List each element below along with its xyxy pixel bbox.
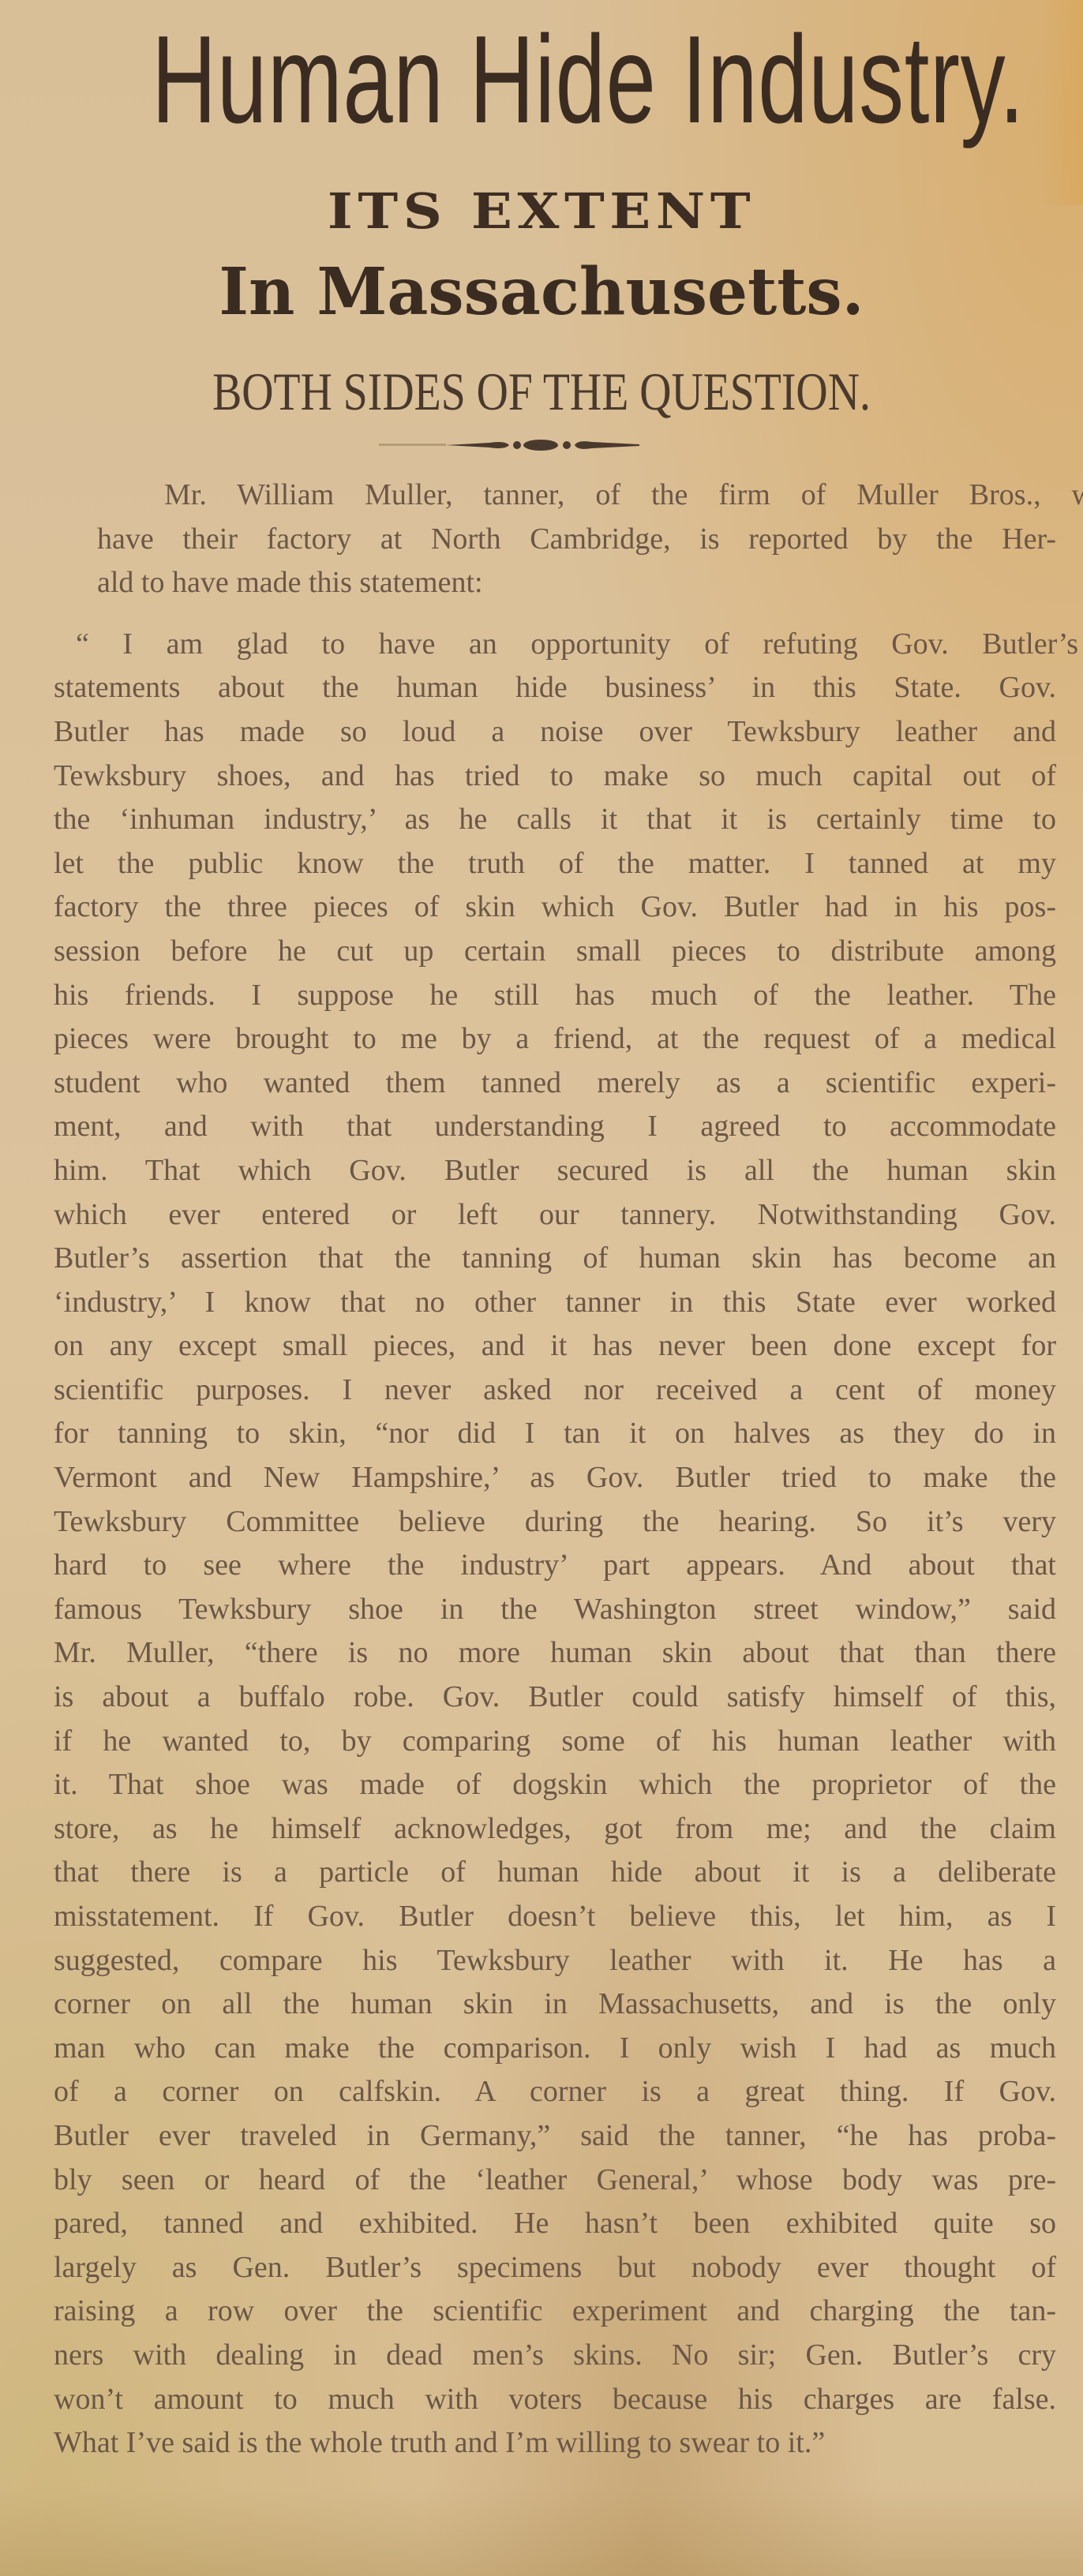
text-line: pared, tanned and exhibited. He hasn’t b… — [30, 2202, 1056, 2246]
text-line: factory the three pieces of skin which G… — [30, 885, 1056, 930]
text-line: session before he cut up certain small p… — [30, 930, 1056, 974]
article-body: Mr. William Muller, tanner, of the firm … — [30, 474, 1056, 2466]
text-line: ners with dealing in dead men’s skins. N… — [30, 2334, 1056, 2378]
text-line: if he wanted to, by comparing some of hi… — [30, 1720, 1056, 1764]
text-line: for tanning to skin, “nor did I tan it o… — [30, 1412, 1056, 1456]
text-line: Butler’s assertion that the tanning of h… — [30, 1237, 1056, 1281]
text-line: misstatement. If Gov. Butler doesn’t bel… — [30, 1895, 1056, 1939]
text-line: won’t amount to much with voters because… — [30, 2378, 1056, 2422]
text-line: have their factory at North Cambridge, i… — [30, 518, 1056, 562]
text-line: that there is a particle of human hide a… — [30, 1851, 1056, 1895]
text-line: statements about the human hide business… — [30, 666, 1056, 710]
text-line: let the public know the truth of the mat… — [30, 842, 1056, 886]
text-line: which ever entered or left our tannery. … — [30, 1193, 1056, 1237]
text-line: Vermont and New Hampshire,’ as Gov. Butl… — [30, 1456, 1056, 1500]
text-line: ment, and with that understanding I agre… — [30, 1105, 1056, 1149]
subheadline-both-sides: BOTH SIDES OF THE QUESTION. — [97, 360, 985, 423]
text-line: ‘industry,’ I know that no other tanner … — [30, 1281, 1056, 1325]
subheadline-its-extent: ITS EXTENT — [0, 180, 1083, 243]
text-line: raising a row over the scientific experi… — [30, 2290, 1056, 2334]
text-line: on any except small pieces, and it has n… — [30, 1324, 1056, 1368]
text-line: bly seen or heard of the ‘leather Genera… — [30, 2159, 1056, 2203]
text-line: hard to see where the industry’ part app… — [30, 1544, 1056, 1588]
text-line: famous Tewksbury shoe in the Washington … — [30, 1588, 1056, 1632]
text-line: Tewksbury shoes, and has tried to make s… — [30, 754, 1056, 799]
intro-paragraph: Mr. William Muller, tanner, of the firm … — [30, 474, 1056, 605]
headline: Human Hide Industry. — [152, 5, 931, 155]
text-line: largely as Gen. Butler’s specimens but n… — [30, 2246, 1056, 2290]
text-line: “ I am glad to have an opportunity of re… — [30, 623, 1078, 667]
quote-paragraph: “ I am glad to have an opportunity of re… — [30, 623, 1056, 2466]
text-line: his friends. I suppose he still has much… — [30, 974, 1056, 1018]
text-line: Tewksbury Committee believe during the h… — [30, 1500, 1056, 1544]
decorative-rule-icon — [379, 436, 647, 455]
paper-stain — [0, 2486, 1083, 2576]
newspaper-clipping: Human Hide Industry. ITS EXTENT In Massa… — [0, 0, 1083, 2576]
text-line: scientific purposes. I never asked nor r… — [30, 1368, 1056, 1413]
text-line: What I’ve said is the whole truth and I’… — [30, 2421, 1056, 2466]
text-line: is about a buffalo robe. Gov. Butler cou… — [30, 1676, 1056, 1720]
text-line: ald to have made this statement: — [30, 561, 1056, 605]
text-line: it. That shoe was made of dogskin which … — [30, 1763, 1056, 1807]
text-line: Butler has made so loud a noise over Tew… — [30, 710, 1056, 754]
text-line: pieces were brought to me by a friend, a… — [30, 1017, 1056, 1061]
text-line: store, as he himself acknowledges, got f… — [30, 1807, 1056, 1851]
text-line: corner on all the human skin in Massachu… — [30, 1983, 1056, 2027]
text-line: Mr. William Muller, tanner, of the firm … — [30, 474, 1083, 518]
text-line: Butler ever traveled in Germany,” said t… — [30, 2114, 1056, 2159]
subheadline-in-massachusetts: In Massachusetts. — [11, 253, 1073, 331]
text-line: student who wanted them tanned merely as… — [30, 1061, 1056, 1106]
text-line: the ‘inhuman industry,’ as he calls it t… — [30, 798, 1056, 842]
paper-stain — [1042, 0, 1083, 205]
text-line: suggested, compare his Tewksbury leather… — [30, 1939, 1056, 1983]
text-line: man who can make the comparison. I only … — [30, 2027, 1056, 2071]
text-line: of a corner on calfskin. A corner is a g… — [30, 2070, 1056, 2114]
text-line: him. That which Gov. Butler secured is a… — [30, 1149, 1056, 1193]
text-line: Mr. Muller, “there is no more human skin… — [30, 1631, 1056, 1676]
